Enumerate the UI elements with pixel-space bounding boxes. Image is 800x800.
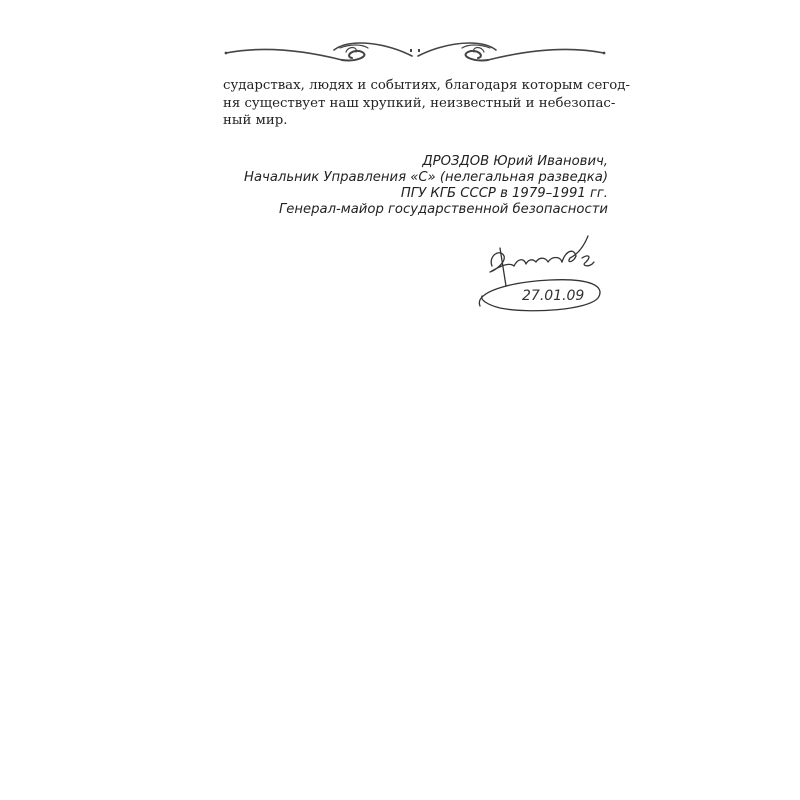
author-position: Начальник Управления «С» (нелегальная ра… <box>244 170 608 186</box>
body-line: ный мир. <box>223 112 609 130</box>
body-line: ня существует наш хрупкий, неизвестный и… <box>223 95 609 113</box>
body-paragraph: сударствах, людях и событиях, благодаря … <box>223 77 609 130</box>
signature-block: ДРОЗДОВ Юрий Иванович, Начальник Управле… <box>244 154 608 218</box>
signature-date: 27.01.09 <box>522 288 584 304</box>
body-line: сударствах, людях и событиях, благодаря … <box>223 77 609 95</box>
author-organization: ПГУ КГБ СССР в 1979–1991 гг. <box>244 186 608 202</box>
author-rank: Генерал-майор государственной безопаснос… <box>244 202 608 218</box>
author-name: ДРОЗДОВ Юрий Иванович, <box>244 154 608 170</box>
handwritten-signature-icon: 27.01.09 <box>470 226 610 316</box>
flourish-divider-icon <box>222 38 608 68</box>
